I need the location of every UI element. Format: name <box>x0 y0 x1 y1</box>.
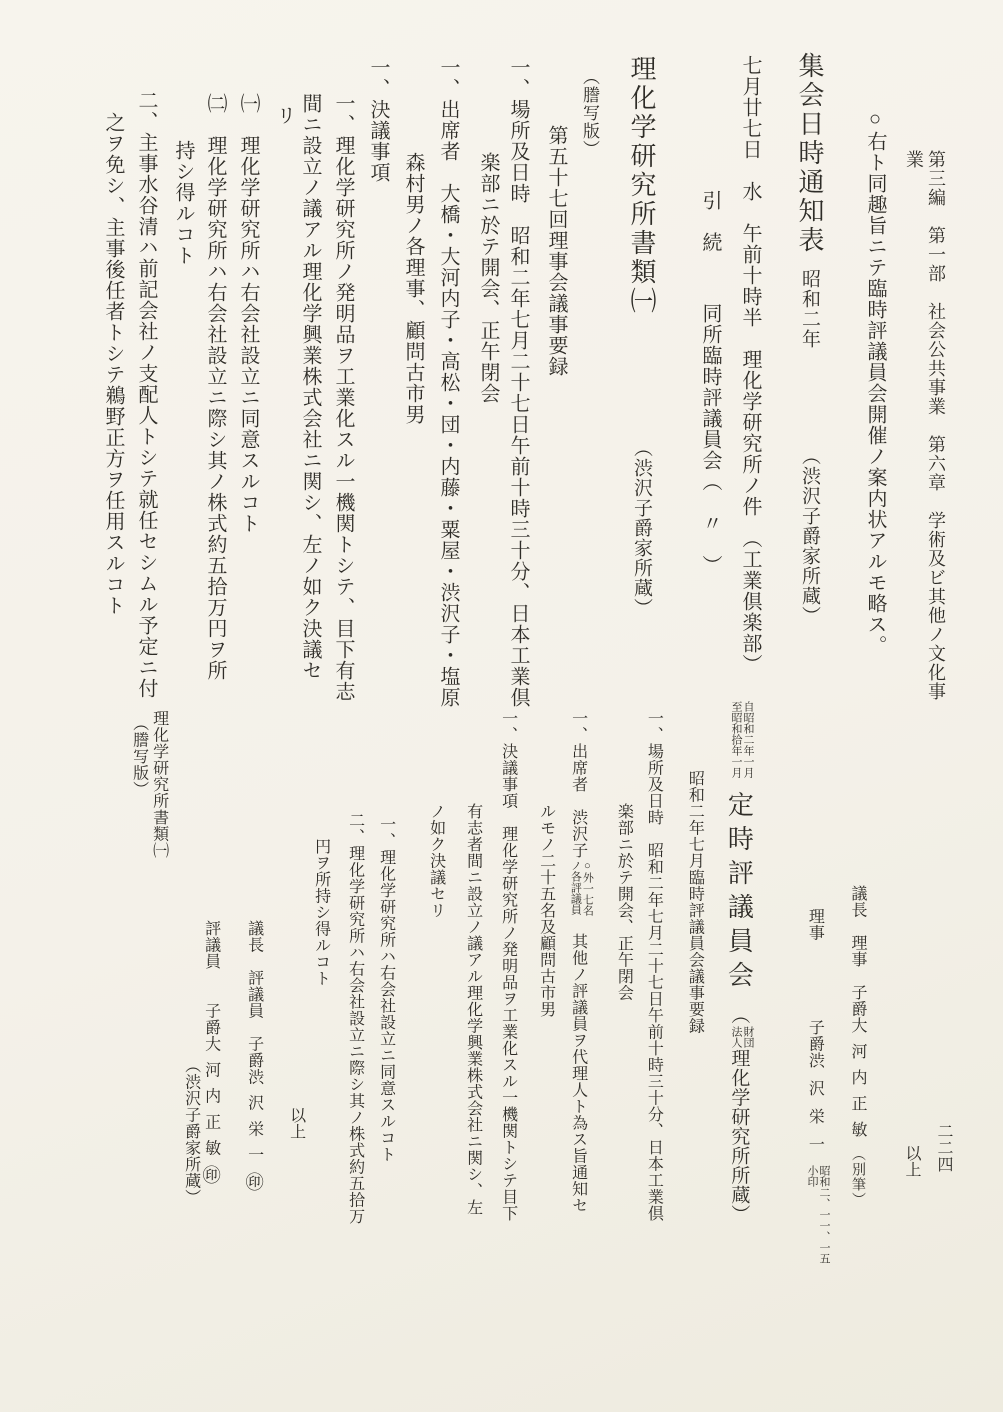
chair-name: 大河内正敏 <box>849 1017 866 1147</box>
sig1-name: 渋沢栄一 <box>246 1069 263 1173</box>
notice-title-column: 集会日時通知表昭和二年（渋沢子爵家所蔵） <box>793 45 826 710</box>
minutes57-line: ㈠ 理化学研究所ハ右会社設立ニ同意スルコト <box>236 45 260 710</box>
council-title-column: 自昭和二年一月至昭和拾年一月定時評議員会（財団法人理化学研究所所蔵） <box>721 695 755 1275</box>
scanned-document-page: 第三編 第一部 社会公共事業 第六章 学術及ビ其他ノ文化事業 ○右ト同趣旨ニテ臨… <box>0 0 1003 1412</box>
notice-source: （渋沢子爵家所蔵） <box>799 446 820 626</box>
minutes57-line: 楽部ニ於テ開会、正午閉会 <box>476 45 500 710</box>
notice-row-datetime: 七月廿七日 水 午前十時半 理化学研究所ノ件 （工業倶楽部） <box>738 45 762 710</box>
council-line: ノ如ク決議セリ <box>426 695 446 1275</box>
notice-row2-lead: 引 続 <box>699 190 721 253</box>
chair-note: （別筆） <box>850 1147 865 1207</box>
council-line: 有志者間ニ設立ノ議アル理化学興業株式会社ニ関シ、左 <box>463 695 483 1275</box>
minutes57-line: 二、主事水谷清ハ前記会社ノ支配人トシテ就任セシムル予定ニ付 <box>134 45 158 710</box>
council-source: 理化学研究所所蔵） <box>728 1049 749 1225</box>
top-band: 第三編 第一部 社会公共事業 第六章 学術及ビ其他ノ文化事業 ○右ト同趣旨ニテ臨… <box>101 45 947 710</box>
council-source-open: （ <box>728 1005 749 1025</box>
council-line: 一、場所及日時 昭和二年七月二十七日午前十時三十分、日本工業倶 <box>643 695 663 1275</box>
minutes57-title-column: 理化学研究所書類㈠（渋沢子爵家所蔵） <box>625 45 658 710</box>
nextdoc-source: （渋沢子爵家所蔵） <box>181 695 201 1275</box>
attendee-head: 一、出席者 渋沢子 <box>570 710 587 859</box>
minutes57-director-signature: 理事子爵渋沢栄一昭和二、一一、一五小印 <box>804 695 830 1275</box>
council-line: ルモノ二十五名及顧問古市男 <box>536 695 556 1275</box>
council-chair-signature: 議長 評議員 子爵渋沢栄一㊞ <box>244 695 264 1275</box>
minutes57-chair-signature: 議長 理事 子爵大河内正敏（別筆） <box>847 695 867 1275</box>
minutes57-line: 持シ得ルコト <box>171 45 195 710</box>
omission-note: ○右ト同趣旨ニテ臨時評議員会開催ノ案内状アルモ略ス。 <box>863 45 887 710</box>
notice-row2-body: 同所臨時評議員会 <box>699 303 721 471</box>
minutes57-line: 一、理化学研究所ノ発明品ヲ工業化スル一機関トシテ、目下有志 <box>331 45 355 710</box>
council-item: 二、理化学研究所ハ右会社設立ニ際シ其ノ株式約五拾万 <box>345 695 365 1275</box>
attendee-tail: 其他ノ評議員ヲ代理人ト為ス旨通知セ <box>570 917 587 1214</box>
council-item: 円ヲ所持シ得ルコト <box>311 695 331 1275</box>
notice-row-continued: 引 続同所臨時評議員会（ 〃 ） <box>698 45 722 710</box>
chair-titles: 議長 理事 子爵 <box>849 885 866 1017</box>
council-attendees-line: 一、出席者 渋沢子○外一七名ノ各評議員 其他ノ評議員ヲ代理人ト為ス旨通知セ <box>568 695 594 1275</box>
minutes57-closing: 以上 <box>901 695 921 1275</box>
notice-row2-ditto: （ 〃 ） <box>699 471 721 576</box>
minutes57-line: 間ニ設立ノ議アル理化学興業株式会社ニ関シ、左ノ如ク決議セ <box>298 45 322 710</box>
minutes57-line: 之ヲ免シ、主事後任者トシテ鵜野正方ヲ任用スルコト <box>101 45 125 710</box>
bottom-band: 二二四 以上 議長 理事 子爵大河内正敏（別筆） 理事子爵渋沢栄一昭和二、一一、… <box>129 695 953 1275</box>
council-source-org: 財団法人 <box>730 1026 754 1048</box>
council-line: 一、決議事項 理化学研究所ノ発明品ヲ工業化スル一機関トシテ目下 <box>498 695 518 1275</box>
notice-year: 昭和二年 <box>799 269 820 349</box>
director-name: 渋沢栄一 <box>806 1052 823 1164</box>
minutes57-line: 一、場所及日時 昭和二年七月二十七日午前十時三十分、日本工業倶 <box>506 45 530 710</box>
sig1-titles: 議長 評議員 子爵 <box>246 920 263 1069</box>
sig2-titles: 評議員 子爵 <box>203 920 220 1036</box>
minutes57-edition: （謄写版） <box>577 45 601 710</box>
council-line: 楽部ニ於テ開会、正午閉会 <box>613 695 633 1275</box>
council-heading: 昭和二年七月臨時評議員会議事要録 <box>684 695 704 1275</box>
minutes57-line: 一、出席者 大橋・大河内子・高松・団・内藤・粟屋・渋沢子・塩原 <box>436 45 460 710</box>
nextdoc-edition: （謄写版） <box>129 695 149 1275</box>
director-stamp-note: 昭和二、一一、一五小印 <box>806 1165 830 1264</box>
minutes57-line: 森村男ノ各理事、顧問古市男 <box>401 45 425 710</box>
minutes57-heading: 第五十七回理事会議事要録 <box>544 45 568 710</box>
minutes57-source: （渋沢子爵家所蔵） <box>631 438 652 618</box>
minutes57-line: リ <box>272 45 296 710</box>
council-closing: 以上 <box>286 695 306 1275</box>
nextdoc-title: 理化学研究所書類㈠ <box>149 695 169 1275</box>
sig2-name: 大河内正敏 <box>203 1036 220 1166</box>
seal-icon: ㊞ <box>244 1173 264 1191</box>
minutes57-title: 理化学研究所書類㈠ <box>627 55 656 316</box>
page-number: 二二四 <box>933 695 953 1275</box>
council-title: 定時評議員会 <box>724 791 753 995</box>
council-member-signature: 評議員 子爵大河内正敏㊞ <box>201 695 221 1275</box>
council-item: 一、理化学研究所ハ右会社設立ニ同意スルコト <box>376 695 396 1275</box>
director-rank: 子爵 <box>806 1019 823 1052</box>
seal-icon: ㊞ <box>201 1166 221 1184</box>
chapter-header: 第三編 第一部 社会公共事業 第六章 学術及ビ其他ノ文化事業 <box>903 45 947 710</box>
director-title: 理事 <box>806 908 823 941</box>
council-period-note: 自昭和二年一月至昭和拾年一月 <box>730 701 754 778</box>
attendee-note: ○外一七名ノ各評議員 <box>569 860 593 916</box>
minutes57-line: 一、決議事項 <box>366 45 390 710</box>
minutes57-line: ㈡ 理化学研究所ハ右会社設立ニ際シ其ノ株式約五拾万円ヲ所 <box>203 45 227 710</box>
notice-title: 集会日時通知表 <box>795 52 824 255</box>
